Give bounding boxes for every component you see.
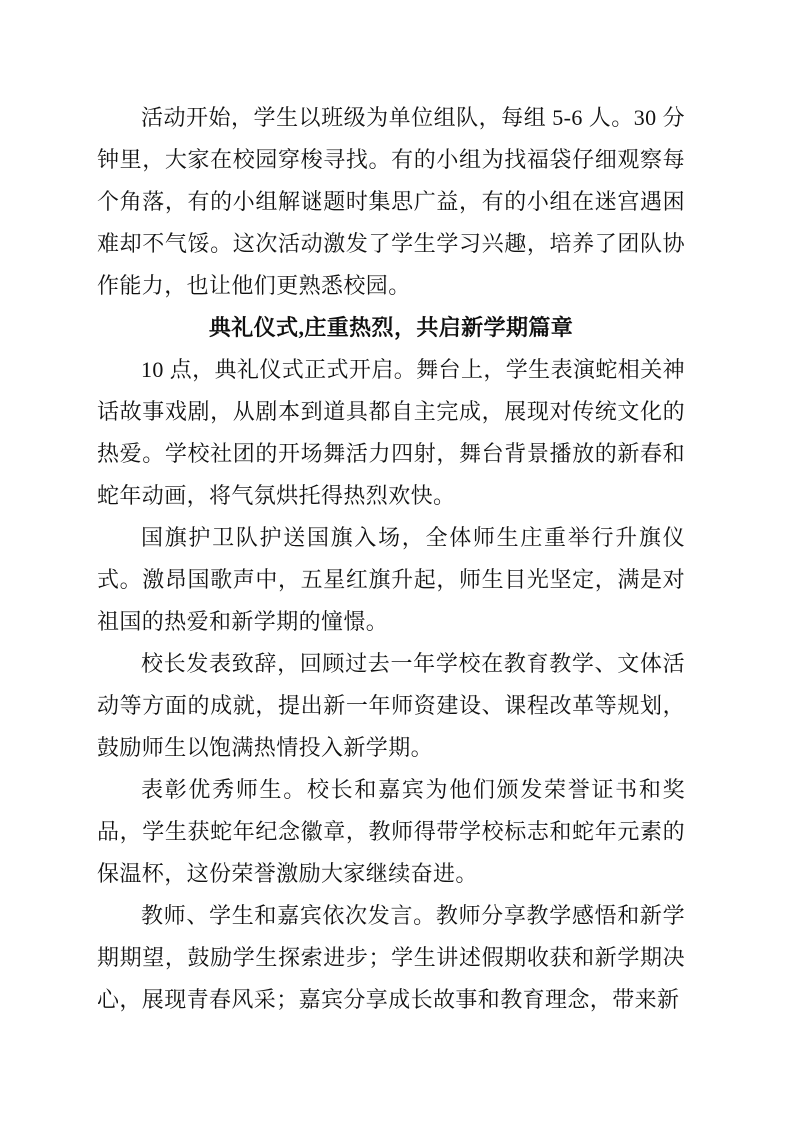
document-body: 活动开始，学生以班级为单位组队，每组 5-6 人。30 分钟里，大家在校园穿梭寻…: [97, 97, 685, 1021]
section-heading: 典礼仪式,庄重热烈，共启新学期篇章: [97, 307, 685, 349]
paragraph: 教师、学生和嘉宾依次发言。教师分享教学感悟和新学期期望，鼓励学生探索进步；学生讲…: [97, 895, 685, 1021]
paragraph: 10 点，典礼仪式正式开启。舞台上，学生表演蛇相关神话故事戏剧，从剧本到道具都自…: [97, 349, 685, 517]
paragraph: 表彰优秀师生。校长和嘉宾为他们颁发荣誉证书和奖品，学生获蛇年纪念徽章，教师得带学…: [97, 769, 685, 895]
document-page: 活动开始，学生以班级为单位组队，每组 5-6 人。30 分钟里，大家在校园穿梭寻…: [0, 0, 793, 1122]
paragraph: 活动开始，学生以班级为单位组队，每组 5-6 人。30 分钟里，大家在校园穿梭寻…: [97, 97, 685, 307]
paragraph: 国旗护卫队护送国旗入场，全体师生庄重举行升旗仪式。激昂国歌声中，五星红旗升起，师…: [97, 517, 685, 643]
paragraph: 校长发表致辞，回顾过去一年学校在教育教学、文体活动等方面的成就，提出新一年师资建…: [97, 643, 685, 769]
